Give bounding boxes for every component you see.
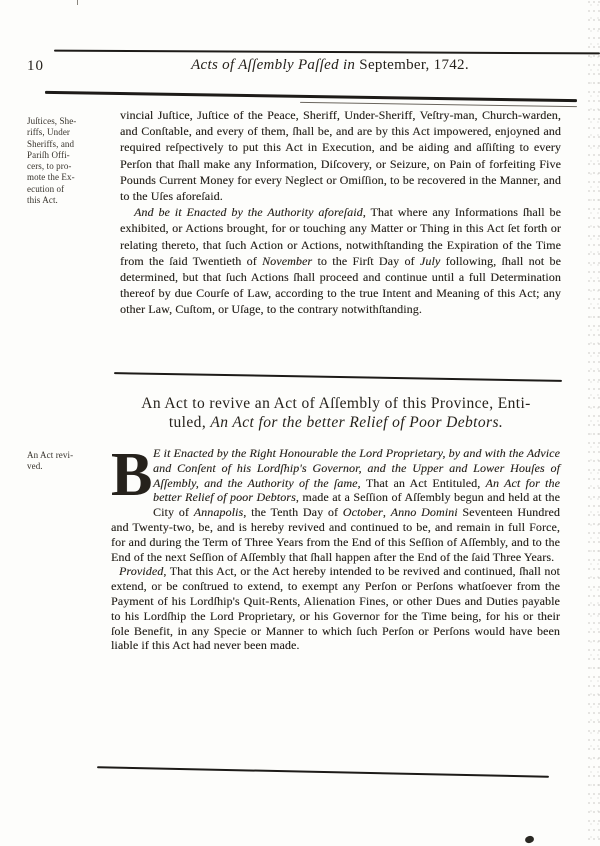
paragraph-enacting-clause: And be it Enacted by the Authority afore… <box>120 204 561 317</box>
header-rule <box>45 91 577 102</box>
act-heading: An Act to revive an Act of Aſſembly of t… <box>100 394 572 432</box>
scan-mark <box>77 0 78 5</box>
paragraph-proviso: Provided, That this Act, or the Act here… <box>111 564 560 653</box>
margin-note-justices: Juſtices, She- riffs, Under Sheriffs, an… <box>27 116 109 206</box>
running-title: Acts of Aſſembly Paſſed in September, 17… <box>60 57 600 74</box>
act-heading-line2: tuled, An Act for the better Relief of P… <box>100 413 572 432</box>
top-rule <box>54 50 600 55</box>
margin-note-act-revived: An Act revi- ved. <box>27 450 109 473</box>
paragraph-be-it-enacted: BE it Enacted by the Right Honourable th… <box>111 446 560 564</box>
scanned-document-page: 10 Acts of Aſſembly Paſſed in September,… <box>0 0 600 846</box>
act-revival-text: BE it Enacted by the Right Honourable th… <box>111 446 560 653</box>
act-continuation-text: vincial Juſtice, Juſtice of the Peace, S… <box>120 107 561 318</box>
paragraph-provincial-officers: vincial Juſtice, Juſtice of the Peace, S… <box>120 107 561 204</box>
section-separator-rule <box>114 372 562 382</box>
act-heading-line1: An Act to revive an Act of Aſſembly of t… <box>100 394 572 413</box>
paragraph-body: E it Enacted by the Right Honourable the… <box>111 446 560 564</box>
drop-cap: B <box>111 448 147 506</box>
page-number: 10 <box>27 58 44 75</box>
ink-blot <box>524 835 535 844</box>
scan-noise-edge <box>588 0 600 846</box>
bottom-rule <box>97 766 549 778</box>
